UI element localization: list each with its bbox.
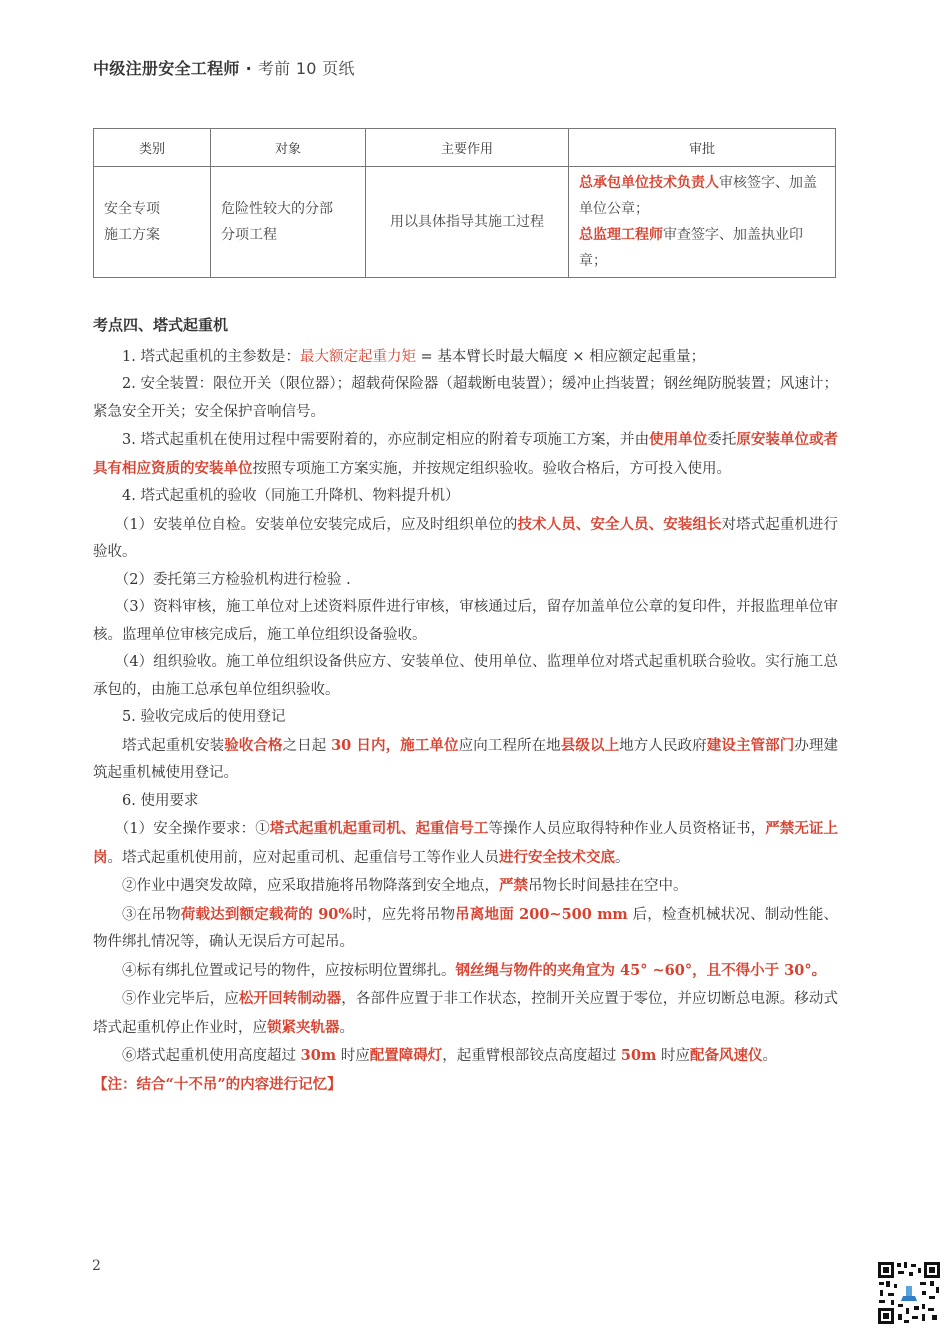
page-header: 中级注册安全工程师 · 考前 10 页纸 bbox=[93, 56, 355, 79]
highlight: 50m bbox=[621, 1047, 657, 1064]
highlight: 锁紧夹轨器 bbox=[267, 1019, 340, 1036]
paragraph-item6-5: ⑤作业完毕后，应松开回转制动器，各部件应置于非工作状态，控制开关应置于零位，并应… bbox=[93, 985, 838, 1042]
text: ④标有绑扎位置或记号的物件，应按标明位置绑扎。 bbox=[122, 963, 456, 979]
highlight: 严禁 bbox=[499, 877, 528, 894]
table-header-row: 类别 对象 主要作用 审批 bbox=[94, 129, 836, 167]
cell-purpose: 用以具体指导其施工过程 bbox=[366, 167, 569, 278]
paragraph-item4: 4. 塔式起重机的验收（同施工升降机、物料提升机） bbox=[93, 483, 838, 511]
highlight: 最大额定起重力矩 bbox=[300, 349, 416, 365]
text: 等操作人员应取得特种作业人员资格证书， bbox=[488, 821, 765, 837]
highlight: 荷载达到额定载荷的 90% bbox=[181, 906, 352, 923]
highlight: 钢丝绳与物件的夹角宜为 45° ~60°，且不得小于 30°。 bbox=[456, 962, 827, 979]
paragraph-item2: 2. 安全装置：限位开关（限位器）；超载荷保险器（超载断电装置）；缓冲止挡装置；… bbox=[93, 371, 838, 426]
category-line: 施工方案 bbox=[104, 222, 200, 248]
paragraph-item6-1: （1）安全操作要求：①塔式起重机起重司机、起重信号工等操作人员应取得特种作业人员… bbox=[93, 815, 838, 872]
text: （1）安全操作要求：① bbox=[115, 821, 270, 837]
highlight: 松开回转制动器 bbox=[239, 990, 341, 1007]
approval-highlight: 总监理工程师 bbox=[579, 227, 663, 243]
cell-category: 安全专项 施工方案 bbox=[94, 167, 211, 278]
highlight: 技术人员、安全人员、安装组长 bbox=[517, 516, 721, 533]
text: 3. 塔式起重机在使用过程中需要附着的，亦应制定相应的附着专项施工方案，并由 bbox=[122, 432, 649, 448]
paragraph-item3: 3. 塔式起重机在使用过程中需要附着的，亦应制定相应的附着专项施工方案，并由使用… bbox=[93, 426, 838, 483]
paragraph-item5: 5. 验收完成后的使用登记 bbox=[93, 704, 838, 732]
paragraph-item6-3: ③在吊物荷载达到额定载荷的 90%时，应先将吊物吊离地面 200~500 mm … bbox=[93, 901, 838, 957]
text: 塔式起重机安装 bbox=[122, 738, 224, 754]
section-content: 考点四、塔式起重机 1. 塔式起重机的主参数是：最大额定起重力矩 = 基本臂长时… bbox=[93, 312, 838, 1098]
text: 。塔式起重机使用前，应对起重司机、起重信号工等作业人员 bbox=[108, 850, 500, 866]
highlight: 进行安全技术交底 bbox=[499, 849, 615, 866]
column-header-purpose: 主要作用 bbox=[366, 129, 569, 167]
memory-note: 【注：结合“十不吊”的内容进行记忆】 bbox=[93, 1071, 838, 1099]
section-title: 考点四、塔式起重机 bbox=[93, 312, 838, 340]
highlight: 配置障碍灯 bbox=[370, 1047, 443, 1064]
paragraph-item4-3: （3）资料审核，施工单位对上述资料原件进行审核，审核通过后，留存加盖单位公章的复… bbox=[93, 594, 838, 649]
highlight: 吊离地面 200~500 mm bbox=[455, 906, 628, 923]
highlight: 使用单位 bbox=[649, 431, 707, 448]
text: 吊物长时间悬挂在空中。 bbox=[528, 878, 688, 894]
category-line: 安全专项 bbox=[104, 196, 200, 222]
text: 时，应先将吊物 bbox=[352, 907, 455, 923]
highlight: 验收合格 bbox=[224, 737, 282, 754]
object-line: 危险性较大的分部 bbox=[221, 196, 355, 222]
text: 。 bbox=[340, 1020, 355, 1036]
paragraph-item4-2: （2）委托第三方检验机构进行检验 . bbox=[93, 567, 838, 595]
text: 应向工程所在地 bbox=[459, 738, 561, 754]
header-subtitle: 考前 10 页纸 bbox=[258, 59, 355, 78]
highlight: 30m bbox=[301, 1047, 337, 1064]
text: 委托 bbox=[707, 432, 736, 448]
header-separator: · bbox=[246, 59, 252, 78]
paragraph-item1: 1. 塔式起重机的主参数是：最大额定起重力矩 = 基本臂长时最大幅度 × 相应额… bbox=[93, 344, 838, 372]
paragraph-item6-4: ④标有绑扎位置或记号的物件，应按标明位置绑扎。钢丝绳与物件的夹角宜为 45° ~… bbox=[93, 957, 838, 986]
cell-object: 危险性较大的分部 分项工程 bbox=[211, 167, 366, 278]
cell-approval: 总承包单位技术负责人审核签字、加盖单位公章； 总监理工程师审查签字、加盖执业印章… bbox=[569, 167, 836, 278]
text: 。 bbox=[763, 1048, 778, 1064]
highlight: 30 日内，施工单位 bbox=[331, 737, 459, 754]
text: ⑥塔式起重机使用高度超过 bbox=[122, 1048, 301, 1064]
header-title: 中级注册安全工程师 bbox=[93, 59, 240, 78]
paragraph-item4-1: （1）安装单位自检。安装单位安装完成后，应及时组织单位的技术人员、安全人员、安装… bbox=[93, 511, 838, 567]
paragraph-item6: 6. 使用要求 bbox=[93, 788, 838, 816]
column-header-category: 类别 bbox=[94, 129, 211, 167]
text: = 基本臂长时最大幅度 × 相应额定起重量； bbox=[416, 349, 705, 365]
text: ⑤作业完毕后，应 bbox=[122, 991, 239, 1007]
paragraph-item5-text: 塔式起重机安装验收合格之日起 30 日内，施工单位应向工程所在地县级以上地方人民… bbox=[93, 732, 838, 788]
text: 之日起 bbox=[283, 738, 332, 754]
text: 时应 bbox=[336, 1048, 370, 1064]
text: ，起重臂根部铰点高度超过 bbox=[442, 1048, 621, 1064]
page-number: 2 bbox=[92, 1258, 101, 1274]
text: ②作业中遇突发故障，应采取措施将吊物降落到安全地点， bbox=[122, 878, 499, 894]
highlight: 建设主管部门 bbox=[707, 737, 795, 754]
highlight: 县级以上 bbox=[561, 737, 619, 754]
text: 按照专项施工方案实施，并按规定组织验收。验收合格后，方可投入使用。 bbox=[253, 461, 732, 477]
text: 时应 bbox=[656, 1048, 690, 1064]
text: ③在吊物 bbox=[122, 907, 181, 923]
text: 1. 塔式起重机的主参数是： bbox=[122, 349, 300, 365]
text: 。 bbox=[615, 850, 630, 866]
column-header-approval: 审批 bbox=[569, 129, 836, 167]
safety-plan-table: 类别 对象 主要作用 审批 安全专项 施工方案 危险性较大的分部 分项工程 用以… bbox=[93, 128, 836, 278]
highlight: 配备风速仪 bbox=[690, 1047, 763, 1064]
highlight: 塔式起重机起重司机、起重信号工 bbox=[270, 820, 489, 837]
object-line: 分项工程 bbox=[221, 222, 355, 248]
qr-code-icon[interactable] bbox=[876, 1260, 942, 1326]
approval-highlight: 总承包单位技术负责人 bbox=[579, 175, 719, 191]
paragraph-item6-2: ②作业中遇突发故障，应采取措施将吊物降落到安全地点，严禁吊物长时间悬挂在空中。 bbox=[93, 872, 838, 901]
paragraph-item4-4: （4）组织验收。施工单位组织设备供应方、安装单位、使用单位、监理单位对塔式起重机… bbox=[93, 649, 838, 704]
column-header-object: 对象 bbox=[211, 129, 366, 167]
text: （1）安装单位自检。安装单位安装完成后，应及时组织单位的 bbox=[115, 517, 518, 533]
table-row: 安全专项 施工方案 危险性较大的分部 分项工程 用以具体指导其施工过程 总承包单… bbox=[94, 167, 836, 278]
paragraph-item6-6: ⑥塔式起重机使用高度超过 30m 时应配置障碍灯，起重臂根部铰点高度超过 50m… bbox=[93, 1042, 838, 1071]
text: 地方人民政府 bbox=[619, 738, 707, 754]
